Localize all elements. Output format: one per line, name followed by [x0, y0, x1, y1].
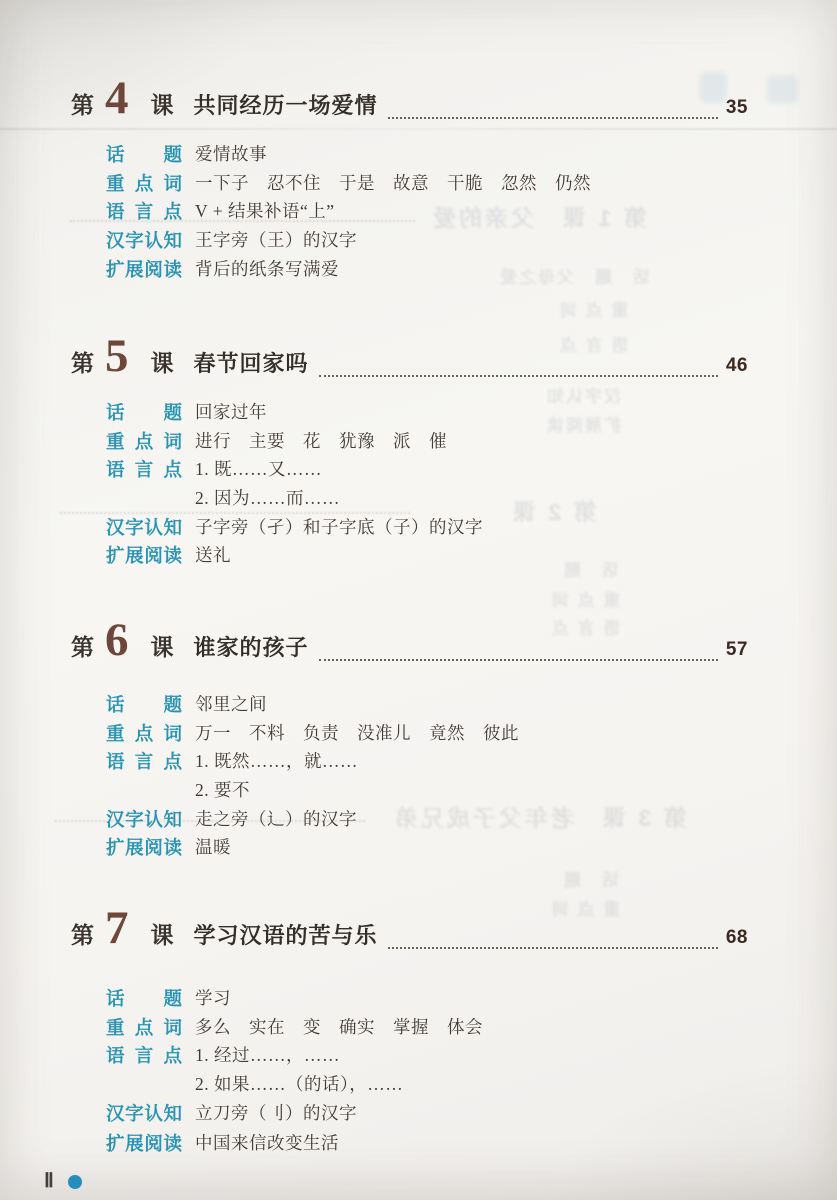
page-number: 68	[726, 927, 748, 949]
row-label: 话题	[106, 144, 182, 166]
row-text: 中国来信改变生活	[195, 1133, 339, 1155]
row-label: 汉字认知	[106, 809, 182, 831]
page-number: 35	[726, 97, 748, 119]
row-text: 1. 经过……，……	[195, 1045, 340, 1067]
lesson-title: 共同经历一场爱情	[194, 89, 378, 120]
row-label: 扩展阅读	[106, 259, 182, 281]
dotted-leader	[388, 117, 718, 119]
detail-row: 汉字认知 走之旁（辶）的汉字	[106, 809, 837, 838]
book-page-photo: 第 1 课 父亲的爱 话 题 父母之爱 重 点 词 语 言 点 汉字认知 扩展阅…	[0, 0, 837, 1200]
row-label: 汉字认知	[106, 1103, 182, 1125]
detail-row: 话题 邻里之间	[106, 694, 837, 723]
row-label: 汉字认知	[106, 517, 182, 539]
row-label: 语言点	[106, 459, 182, 481]
detail-row: 话题 学习	[106, 988, 837, 1017]
dotted-leader	[319, 659, 718, 661]
detail-row: 重点词 一下子 忍不住 于是 故意 干脆 忽然 仍然	[106, 173, 837, 202]
row-text: 王字旁（王）的汉字	[195, 230, 357, 252]
row-text: 1. 既然……，就……	[195, 751, 358, 773]
footer-page-number: Ⅱ	[44, 1168, 55, 1193]
row-text: 学习	[195, 988, 231, 1010]
toc-lesson-entry: 第 6 课 谁家的孩子 57 话题 邻里之间 重点词 万一 不料 负责 没准儿 …	[0, 618, 837, 866]
detail-row: 话题 回家过年	[106, 402, 837, 431]
row-label: 重点词	[106, 173, 182, 195]
detail-row: 汉字认知 立刀旁（刂）的汉字	[106, 1103, 837, 1133]
row-text: V + 结果补语“上”	[195, 201, 334, 223]
lesson-title: 春节回家吗	[194, 347, 309, 378]
row-text: 背后的纸条写满爱	[195, 259, 339, 281]
row-label: 扩展阅读	[106, 837, 182, 859]
footer-dot	[68, 1175, 82, 1189]
lesson-heading: 第 5 课 春节回家吗 46	[0, 334, 837, 384]
detail-row: 汉字认知 王字旁（王）的汉字	[106, 230, 837, 259]
row-label: 话题	[106, 402, 182, 424]
lesson-suffix: 课	[151, 345, 174, 378]
row-label: 话题	[106, 694, 182, 716]
row-text: 万一 不料 负责 没准儿 竟然 彼此	[195, 723, 519, 745]
detail-row: 语言点 V + 结果补语“上”	[106, 201, 837, 230]
bleedthrough-text: 重 点 词	[550, 586, 620, 611]
row-label: 扩展阅读	[106, 545, 182, 567]
dotted-leader	[319, 375, 718, 377]
detail-row: 2. 要不	[106, 780, 837, 809]
detail-row: 汉字认知 子字旁（孑）和子字底（子）的汉字	[106, 517, 837, 546]
row-label: 语言点	[106, 1045, 182, 1067]
lesson-heading: 第 7 课 学习汉语的苦与乐 68	[0, 906, 837, 956]
row-label: 语言点	[106, 201, 182, 223]
row-text: 送礼	[195, 545, 231, 567]
page-number: 46	[726, 355, 748, 377]
toc-lesson-entry: 第 5 课 春节回家吗 46 话题 回家过年 重点词 进行 主要 花 犹豫 派 …	[0, 334, 837, 574]
row-label: 话题	[106, 988, 182, 1010]
lesson-prefix: 第	[71, 87, 94, 120]
row-text: 多么 实在 变 确实 掌握 体会	[195, 1017, 483, 1039]
page-number: 57	[726, 639, 748, 661]
row-text: 邻里之间	[195, 694, 267, 716]
lesson-heading: 第 4 课 共同经历一场爱情 35	[0, 76, 837, 126]
bleedthrough-text: 话 题	[562, 866, 619, 891]
lesson-detail-rows: 话题 学习 重点词 多么 实在 变 确实 掌握 体会 语言点 1. 经过……，……	[0, 988, 837, 1161]
row-text: 温暖	[195, 837, 231, 859]
lesson-number: 4	[105, 76, 129, 121]
lesson-prefix: 第	[71, 345, 94, 378]
lesson-suffix: 课	[151, 917, 174, 950]
dotted-leader	[388, 947, 718, 949]
lesson-heading: 第 6 课 谁家的孩子 57	[0, 618, 837, 668]
lesson-title: 学习汉语的苦与乐	[194, 919, 378, 950]
detail-row: 2. 如果……（的话），……	[106, 1074, 837, 1103]
lesson-prefix: 第	[71, 629, 94, 662]
toc-lesson-entry: 第 7 课 学习汉语的苦与乐 68 话题 学习 重点词 多么 实在 变 确实 掌…	[0, 906, 837, 1161]
detail-row: 话题 爱情故事	[106, 144, 837, 173]
row-text: 爱情故事	[195, 144, 267, 166]
lesson-title: 谁家的孩子	[194, 631, 309, 662]
lesson-prefix: 第	[71, 917, 94, 950]
row-label: 汉字认知	[106, 230, 182, 252]
lesson-detail-rows: 话题 爱情故事 重点词 一下子 忍不住 于是 故意 干脆 忽然 仍然 语言点 V…	[0, 144, 837, 287]
row-label: 重点词	[106, 1017, 182, 1039]
page-footer: Ⅱ	[44, 1168, 82, 1193]
row-label: 扩展阅读	[106, 1133, 182, 1155]
row-text: 子字旁（孑）和子字底（子）的汉字	[195, 517, 483, 539]
row-text: 一下子 忍不住 于是 故意 干脆 忽然 仍然	[195, 173, 591, 195]
lesson-suffix: 课	[151, 629, 174, 662]
detail-row: 扩展阅读 送礼	[106, 545, 837, 574]
row-text: 进行 主要 花 犹豫 派 催	[195, 431, 447, 453]
detail-row: 2. 因为……而……	[106, 488, 837, 517]
lesson-detail-rows: 话题 回家过年 重点词 进行 主要 花 犹豫 派 催 语言点 1. 既……又………	[0, 402, 837, 574]
lesson-number: 6	[105, 618, 129, 663]
detail-row: 扩展阅读 温暖	[106, 837, 837, 866]
lesson-number: 7	[105, 906, 129, 951]
row-text: 1. 既……又……	[195, 459, 322, 481]
detail-row: 语言点 1. 经过……，……	[106, 1045, 837, 1074]
lesson-number: 5	[105, 334, 129, 379]
bleedthrough-text: 重 点 词	[558, 296, 628, 321]
row-text: 2. 要不	[195, 780, 250, 802]
row-label: 重点词	[106, 723, 182, 745]
detail-row: 扩展阅读 背后的纸条写满爱	[106, 259, 837, 288]
row-text: 2. 如果……（的话），……	[195, 1074, 403, 1096]
row-label: 重点词	[106, 431, 182, 453]
row-text: 走之旁（辶）的汉字	[195, 809, 357, 831]
toc-lesson-entry: 第 4 课 共同经历一场爱情 35 话题 爱情故事 重点词 一下子 忍不住 于是…	[0, 76, 837, 287]
detail-row: 语言点 1. 既……又……	[106, 459, 837, 488]
lesson-suffix: 课	[151, 87, 174, 120]
detail-row: 重点词 多么 实在 变 确实 掌握 体会	[106, 1017, 837, 1046]
row-text: 回家过年	[195, 402, 267, 424]
detail-row: 扩展阅读 中国来信改变生活	[106, 1133, 837, 1162]
detail-row: 重点词 万一 不料 负责 没准儿 竟然 彼此	[106, 723, 837, 752]
row-text: 立刀旁（刂）的汉字	[195, 1103, 357, 1125]
row-text: 2. 因为……而……	[195, 488, 340, 510]
detail-row: 重点词 进行 主要 花 犹豫 派 催	[106, 431, 837, 460]
row-label: 语言点	[106, 751, 182, 773]
lesson-detail-rows: 话题 邻里之间 重点词 万一 不料 负责 没准儿 竟然 彼此 语言点 1. 既然…	[0, 694, 837, 866]
detail-row: 语言点 1. 既然……，就……	[106, 751, 837, 780]
